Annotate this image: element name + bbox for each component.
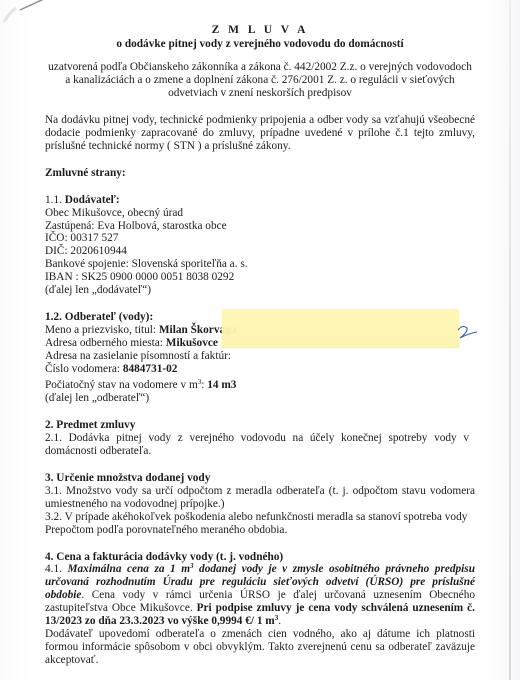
section-4-2: Dodávateľ upovedomí odberateľa o zmenách… (45, 628, 475, 667)
intro-paragraph: Na dodávku pitnej vody, technické podmie… (45, 114, 475, 152)
supplier-alias: (ďalej len „dodávateľ“) (45, 284, 475, 297)
customer-meter-number: Číslo vodomera: 8484731-02 (45, 363, 475, 376)
preamble: uzatvorená podľa Občianskeho zákonníka a… (45, 61, 475, 99)
parties-heading: Zmluvné strany: (45, 167, 475, 180)
customer-initial-reading: Počiatočný stav na vodomere v m3: 14 m3 (45, 379, 475, 392)
supplier-ico: IČO: 00317 527 (45, 232, 475, 245)
supplier-name: Obec Mikušovce, obecný úrad (45, 207, 475, 220)
section-3-2-line2: Prepočtom podľa porovnateľného meraného … (45, 524, 475, 537)
section-3-1: 3.1. Množstvo vody sa určí odpočtom z me… (45, 485, 475, 511)
section-subject: 2. Predmet zmluvy 2.1. Dodávka pitnej vo… (45, 419, 475, 458)
section-2-1: 2.1. Dodávka pitnej vody z verejného vod… (45, 432, 475, 458)
preamble-line: odvetviach v znení neskorších predpisov (45, 87, 475, 100)
preamble-line: a kanalizáciách a o zmene a doplnení zák… (45, 74, 475, 87)
page-edge-shadow (509, 0, 511, 680)
section-3-heading: 3. Určenie množstva dodanej vody (45, 472, 475, 485)
supplier-block: 1.1. Dodávateľ: Obec Mikušovce, obecný ú… (45, 194, 475, 297)
supplier-bank: Bankové spojenie: Slovenská sporiteľňa a… (45, 258, 475, 271)
customer-mail-address: Adresa na zasielanie písomností a faktúr… (45, 350, 475, 363)
supplier-heading: 1.1. Dodávateľ: (45, 194, 475, 207)
section-4-heading: 4. Cena a fakturácia dodávky vody (t. j.… (45, 551, 475, 564)
section-price: 4. Cena a fakturácia dodávky vody (t. j.… (45, 551, 475, 667)
contract-subtitle: o dodávke pitnej vody z verejného vodovo… (45, 38, 475, 51)
section-4-1: 4.1. Maximálna cena za 1 m3 dodanej vody… (45, 563, 475, 628)
customer-alias: (ďalej len „odberateľ“) (45, 392, 475, 405)
section-quantity: 3. Určenie množstva dodanej vody 3.1. Mn… (45, 472, 475, 537)
corner-scan-mark (2, 0, 62, 26)
pen-scribble-icon (455, 322, 485, 344)
document-page: Z M L U V A o dodávke pitnej vody z vere… (0, 0, 520, 680)
supplier-representative: Zastúpená: Eva Holbová, starostka obce (45, 220, 475, 233)
preamble-line: uzatvorená podľa Občianskeho zákonníka a… (45, 61, 475, 74)
supplier-iban: IBAN : SK25 0900 0000 0051 8038 0292 (45, 271, 475, 284)
contract-title: Z M L U V A (45, 24, 475, 37)
section-3-2-line1: 3.2. V prípade akéhokoľvek poškodenia al… (45, 511, 475, 524)
supplier-dic: DIČ: 2020610944 (45, 245, 475, 258)
section-2-heading: 2. Predmet zmluvy (45, 419, 475, 432)
redaction-sticky-note (222, 309, 459, 348)
